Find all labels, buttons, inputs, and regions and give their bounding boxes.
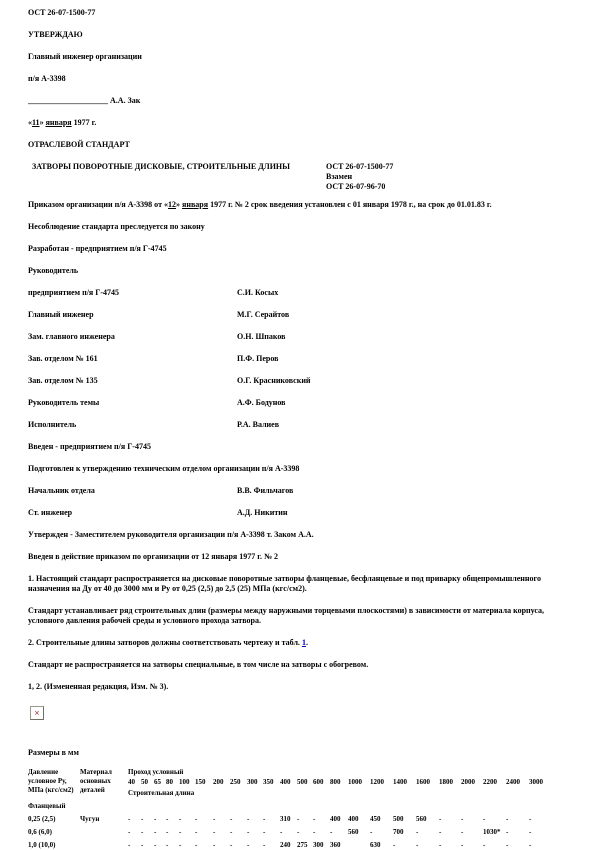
material-cell xyxy=(80,841,128,850)
order-rest: 1977 г. № 2 срок введения установлен с 0… xyxy=(208,200,492,209)
dn-value: 100 xyxy=(179,778,195,787)
length-cell: - xyxy=(141,815,154,824)
signatory-role: Руководитель xyxy=(28,266,237,276)
signatory-role: Главный инженер xyxy=(28,310,237,320)
pressure-cell: 0,6 (6,0) xyxy=(28,828,80,837)
effective-line: Введен в действие приказом по организаци… xyxy=(28,552,571,562)
length-cell: - xyxy=(128,841,141,850)
signatories-block-2: Начальник отделаВ.В. ФильчаговСт. инжене… xyxy=(28,486,571,518)
signatory-name: А.Д. Никитин xyxy=(237,508,287,518)
length-cell: - xyxy=(179,815,195,824)
length-cell: - xyxy=(247,815,263,824)
length-cell: - xyxy=(439,841,461,850)
signatory-row: Зам. главного инженераО.Н. Шпаков xyxy=(28,332,571,342)
dn-value: 1400 xyxy=(393,778,416,787)
length-cell: - xyxy=(461,815,483,824)
broken-image-x-glyph: × xyxy=(31,707,43,719)
length-cell: - xyxy=(263,828,280,837)
length-cell: - xyxy=(416,841,439,850)
length-cell: - xyxy=(439,828,461,837)
table-row: 0,25 (2,5)Чугун----------310--4004004505… xyxy=(28,815,571,824)
length-cell: - xyxy=(483,841,506,850)
length-cell: - xyxy=(128,828,141,837)
dn-value: 200 xyxy=(213,778,230,787)
dn-value: 500 xyxy=(297,778,313,787)
ost-replaces-label: Взамен xyxy=(326,172,393,182)
signatory-name: О.Н. Шпаков xyxy=(237,332,285,342)
length-cell: - xyxy=(263,815,280,824)
table-section-label: Фланцевый xyxy=(28,802,571,811)
order-month: января xyxy=(182,200,208,209)
length-cell: - xyxy=(154,815,166,824)
ost-number-replaced: ОСТ 26-07-96-70 xyxy=(326,182,393,192)
approver-org: п/я А-3398 xyxy=(28,74,571,84)
length-cell: - xyxy=(141,828,154,837)
length-cell: - xyxy=(529,841,553,850)
pressure-cell: 1,0 (10,0) xyxy=(28,841,80,850)
order-day: 12 xyxy=(168,200,176,209)
dn-value: 2200 xyxy=(483,778,506,787)
standard-title: ЗАТВОРЫ ПОВОРОТНЫЕ ДИСКОВЫЕ, СТРОИТЕЛЬНЫ… xyxy=(28,162,324,192)
dn-value: 65 xyxy=(154,778,166,787)
dn-value: 80 xyxy=(166,778,179,787)
signature-blank: ____________________ xyxy=(28,96,108,105)
title-block: ЗАТВОРЫ ПОВОРОТНЫЕ ДИСКОВЫЕ, СТРОИТЕЛЬНЫ… xyxy=(28,162,571,192)
paragraph-table-ref: 2. Строительные длины затворов должны со… xyxy=(28,638,571,648)
dn-value: 3000 xyxy=(529,778,553,787)
length-cell: - xyxy=(529,815,553,824)
length-cell xyxy=(348,841,370,850)
length-cell: - xyxy=(154,841,166,850)
table-body: 0,25 (2,5)Чугун----------310--4004004505… xyxy=(28,815,571,850)
law-line: Несоблюдение стандарта преследуется по з… xyxy=(28,222,571,232)
signatory-row: Ст. инженерА.Д. Никитин xyxy=(28,508,571,518)
signatory-row: Зав. отделом № 161П.Ф. Перов xyxy=(28,354,571,364)
document-page: ОСТ 26-07-1500-77 УТВЕРЖДАЮ Главный инже… xyxy=(0,0,595,850)
material-cell xyxy=(80,828,128,837)
dn-value: 50 xyxy=(141,778,154,787)
signatory-row: ИсполнительР.А. Валиев xyxy=(28,420,571,430)
length-cell: - xyxy=(179,841,195,850)
length-cell: - xyxy=(506,815,529,824)
table-ref-text: 2. Строительные длины затворов должны со… xyxy=(28,638,302,647)
ost-number-current: ОСТ 26-07-1500-77 xyxy=(326,162,393,172)
length-cell: 630 xyxy=(370,841,393,850)
paragraph-revision: 1, 2. (Измененная редакция, Изм. № 3). xyxy=(28,682,571,692)
signatory-role: Исполнитель xyxy=(28,420,237,430)
order-line: Приказом организации п/я А-3398 от «12» … xyxy=(28,200,571,210)
length-cell: - xyxy=(297,828,313,837)
sizes-note: Размеры в мм xyxy=(28,748,571,758)
signatory-role: Зав. отделом № 161 xyxy=(28,354,237,364)
doc-number: ОСТ 26-07-1500-77 xyxy=(28,8,571,18)
length-cell: - xyxy=(313,815,330,824)
signatory-row: предприятием п/я Г-4745С.И. Косых xyxy=(28,288,571,298)
length-cell: - xyxy=(230,828,247,837)
approve-date: «11» января 1977 г. xyxy=(28,118,571,128)
approved-line: Утвержден - Заместителем руководителя ор… xyxy=(28,530,571,540)
paragraph-scope: 1. Настоящий стандарт распространяется н… xyxy=(28,574,571,594)
signatory-name: П.Ф. Перов xyxy=(237,354,278,364)
length-cell: - xyxy=(263,841,280,850)
signatory-row: Руководитель xyxy=(28,266,571,276)
standard-type-heading: ОТРАСЛЕВОЙ СТАНДАРТ xyxy=(28,140,571,150)
length-cell: - xyxy=(483,815,506,824)
prepared-line: Подготовлен к утверждению техническим от… xyxy=(28,464,571,474)
broken-image-icon: × xyxy=(30,706,44,720)
signatory-name: О.Г. Красниковский xyxy=(237,376,311,386)
length-header-label: Строительная длина xyxy=(128,789,553,798)
ost-number-block: ОСТ 26-07-1500-77 Взамен ОСТ 26-07-96-70 xyxy=(326,162,393,192)
length-cell: - xyxy=(128,815,141,824)
length-cell: 450 xyxy=(370,815,393,824)
dn-value: 2000 xyxy=(461,778,483,787)
dn-value: 150 xyxy=(195,778,213,787)
signatory-row: Зав. отделом № 135О.Г. Красниковский xyxy=(28,376,571,386)
dn-value: 1800 xyxy=(439,778,461,787)
length-cell: - xyxy=(370,828,393,837)
length-cell: 400 xyxy=(348,815,370,824)
length-cell: - xyxy=(213,828,230,837)
length-cell: 275 xyxy=(297,841,313,850)
length-cell: - xyxy=(154,828,166,837)
dn-value: 600 xyxy=(313,778,330,787)
length-cell: 560 xyxy=(416,815,439,824)
length-cell: 240 xyxy=(280,841,297,850)
length-cell: - xyxy=(439,815,461,824)
dn-value: 800 xyxy=(330,778,348,787)
dn-value: 1000 xyxy=(348,778,370,787)
length-cell: - xyxy=(166,815,179,824)
signatory-row: Главный инженерМ.Г. Серайтов xyxy=(28,310,571,320)
signature-name: А.А. Зак xyxy=(110,96,140,105)
material-column-header: Материал основных деталей xyxy=(80,768,128,798)
date-day: 11 xyxy=(32,118,40,127)
length-cell: 300 xyxy=(313,841,330,850)
dn-value: 300 xyxy=(247,778,263,787)
signatory-row: Начальник отделаВ.В. Фильчагов xyxy=(28,486,571,496)
signatories-block: Руководительпредприятием п/я Г-4745С.И. … xyxy=(28,266,571,430)
length-cell: - xyxy=(195,815,213,824)
table-row: 0,6 (6,0)--------------560-700---1030*-- xyxy=(28,828,571,837)
signatory-name: М.Г. Серайтов xyxy=(237,310,289,320)
signatory-role: Ст. инженер xyxy=(28,508,237,518)
dn-value: 2400 xyxy=(506,778,529,787)
length-cell: - xyxy=(330,828,348,837)
length-cell: - xyxy=(230,841,247,850)
length-cell: - xyxy=(313,828,330,837)
length-cell: - xyxy=(297,815,313,824)
length-cell: - xyxy=(506,828,529,837)
signatory-name: С.И. Косых xyxy=(237,288,278,298)
signatory-name: Р.А. Валиев xyxy=(237,420,279,430)
signatory-row: Руководитель темыА.Ф. Бодунов xyxy=(28,398,571,408)
length-cell: - xyxy=(166,828,179,837)
developed-line: Разработан - предприятием п/я Г-4745 xyxy=(28,244,571,254)
length-cell: - xyxy=(280,828,297,837)
length-cell: - xyxy=(213,841,230,850)
signatory-role: Руководитель темы xyxy=(28,398,237,408)
pressure-column-header: Давление условное Ру, МПа (кгс/см2) xyxy=(28,768,80,798)
order-prefix: Приказом организации п/я А-3398 от « xyxy=(28,200,168,209)
approver-role: Главный инженер организации xyxy=(28,52,571,62)
introduced-line: Введен - предприятием п/я Г-4745 xyxy=(28,442,571,452)
length-cell: 1030* xyxy=(483,828,506,837)
dn-value: 350 xyxy=(263,778,280,787)
material-cell: Чугун xyxy=(80,815,128,824)
length-cell: - xyxy=(141,841,154,850)
dn-header-label: Проход условный xyxy=(128,768,553,777)
table-ref-period: . xyxy=(306,638,308,647)
dn-value: 400 xyxy=(280,778,297,787)
length-cell: - xyxy=(247,841,263,850)
dn-value: 1600 xyxy=(416,778,439,787)
length-cell: - xyxy=(247,828,263,837)
length-cell: 500 xyxy=(393,815,416,824)
signatory-role: Зам. главного инженера xyxy=(28,332,237,342)
dn-value: 40 xyxy=(128,778,141,787)
length-cell: - xyxy=(179,828,195,837)
approve-heading: УТВЕРЖДАЮ xyxy=(28,30,571,40)
length-cell: - xyxy=(529,828,553,837)
signatory-role: Начальник отдела xyxy=(28,486,237,496)
table-row: 1,0 (10,0)----------240275300360630-----… xyxy=(28,841,571,850)
signatory-role: Зав. отделом № 135 xyxy=(28,376,237,386)
pressure-cell: 0,25 (2,5) xyxy=(28,815,80,824)
length-cell: 700 xyxy=(393,828,416,837)
length-cell: - xyxy=(461,828,483,837)
table-header: Давление условное Ру, МПа (кгс/см2) Мате… xyxy=(28,768,571,798)
length-cell: 310 xyxy=(280,815,297,824)
length-cell: - xyxy=(416,828,439,837)
signatory-role: предприятием п/я Г-4745 xyxy=(28,288,237,298)
length-cell: - xyxy=(213,815,230,824)
length-cell: 400 xyxy=(330,815,348,824)
dn-span-header: Проход условный 405065801001502002503003… xyxy=(128,768,553,798)
length-cell: - xyxy=(166,841,179,850)
figure-placeholder: × xyxy=(28,704,571,734)
signature-line: ____________________ А.А. Зак xyxy=(28,96,571,106)
dn-values-row: 4050658010015020025030035040050060080010… xyxy=(128,778,553,787)
length-cell: - xyxy=(461,841,483,850)
paragraph-lengths: Стандарт устанавливает ряд строительных … xyxy=(28,606,571,626)
date-year: 1977 г. xyxy=(72,118,97,127)
dimensions-table: Давление условное Ру, МПа (кгс/см2) Мате… xyxy=(28,768,571,850)
length-cell: 560 xyxy=(348,828,370,837)
signatory-name: В.В. Фильчагов xyxy=(237,486,293,496)
dn-value: 250 xyxy=(230,778,247,787)
length-cell: - xyxy=(195,828,213,837)
date-month: января xyxy=(46,118,72,127)
length-cell: 360 xyxy=(330,841,348,850)
length-cell: - xyxy=(195,841,213,850)
dn-value: 1200 xyxy=(370,778,393,787)
paragraph-exclusions: Стандарт не распространяется на затворы … xyxy=(28,660,571,670)
length-cell: - xyxy=(506,841,529,850)
length-cell: - xyxy=(230,815,247,824)
signatory-name: А.Ф. Бодунов xyxy=(237,398,285,408)
length-cell: - xyxy=(393,841,416,850)
